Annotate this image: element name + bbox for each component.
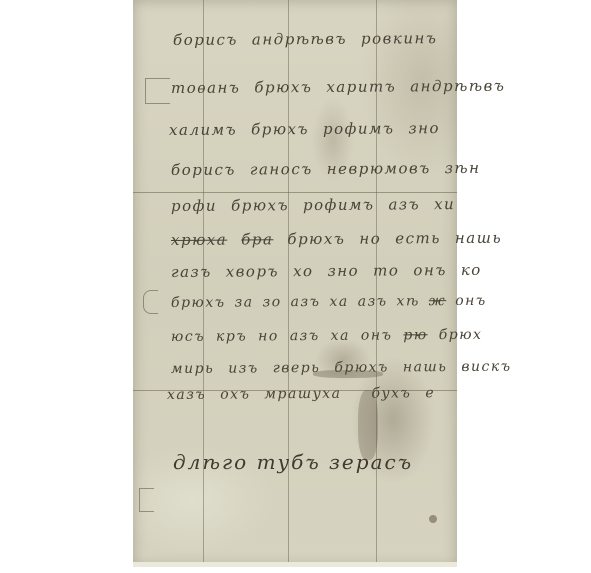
word: тоѳанъ (171, 79, 240, 97)
word: ровкинъ (361, 29, 437, 48)
word: брюх (439, 327, 483, 343)
word: онъ (361, 327, 393, 343)
word: бухъ (371, 385, 411, 401)
word: кръ (216, 328, 247, 344)
word: есть (395, 229, 441, 247)
word: брюхъ (231, 196, 289, 214)
word: зно (327, 262, 359, 280)
manuscript-line-8: брюхъзазоазъхаазъхѣжонъ (133, 293, 495, 312)
manuscript-line-5: рофибрюхърофимъазъхи (133, 195, 495, 216)
word: неврюмовъ (327, 159, 431, 178)
word: е (425, 385, 435, 401)
word: гверь (273, 360, 321, 376)
word: ганосъ (250, 160, 313, 178)
word: азъ (388, 195, 420, 213)
word: мрашуха (264, 386, 341, 403)
struck-word: хрюха (171, 231, 227, 249)
word: хворъ (226, 262, 279, 280)
word: андрѣѣвъ (410, 77, 505, 96)
manuscript-line-2: тоѳанъбрюхъхаритъандрѣѣвъ (133, 77, 495, 98)
word: охъ (220, 386, 250, 402)
word: рофи (171, 197, 217, 215)
word: азъ (290, 328, 320, 344)
fold-line-horizontal-1 (133, 192, 457, 193)
word: брюхъ (287, 230, 345, 248)
word: онъ (413, 261, 447, 279)
struck-word: бра (241, 230, 273, 248)
word: андрѣѣвъ (252, 30, 347, 49)
word: азъ (291, 294, 321, 310)
word: зѣн (445, 159, 481, 177)
struck-word: рю (403, 327, 427, 343)
word: зно (408, 119, 440, 137)
word: но (359, 230, 381, 248)
manuscript-line-10: мирьизъгверьбрюхънашьвискъ (133, 359, 495, 378)
word: нашь (455, 229, 502, 247)
word: хи (434, 195, 455, 213)
manuscript-line-6: хрюхабрабрюхъноестьнашь (133, 229, 495, 250)
word: борисъ (171, 161, 236, 179)
word: вискъ (461, 359, 511, 375)
manuscript-line-1: борисъандрѣѣвъровкинъ (133, 29, 497, 50)
word: брюхъ (334, 359, 389, 375)
word: азъ (358, 293, 388, 309)
manuscript-page: борисъандрѣѣвъровкинъ тоѳанъбрюхъхаритъа… (133, 0, 457, 567)
struck-word: ж (429, 293, 447, 309)
word: за (235, 294, 254, 310)
manuscript-line-11: хазъохъмрашухабухъе (133, 385, 491, 403)
word: ко (461, 261, 482, 279)
word: рофимъ (303, 196, 375, 214)
word: хазъ (167, 387, 206, 403)
manuscript-line-3: халимъбрюхърофимъзно (133, 119, 493, 140)
word: брюхъ (251, 120, 309, 138)
word: мирь (171, 361, 214, 377)
word: борисъ (173, 31, 238, 49)
word: брюхъ (171, 295, 226, 311)
word: газъ (171, 263, 212, 281)
word: хѣ (396, 293, 419, 309)
word: хо (293, 262, 314, 280)
word: брюхъ (254, 78, 312, 96)
word: харитъ (326, 77, 396, 95)
word: ха (329, 294, 348, 310)
word: но (258, 328, 279, 344)
manuscript-line-9: юсъкръноазъхаонърюбрюх (133, 327, 495, 346)
word: нашь (403, 359, 448, 375)
word: ха (331, 328, 350, 344)
manuscript-line-7: газъхворъхознотоонъко (133, 261, 495, 282)
word: халимъ (169, 121, 237, 139)
ink-spot (429, 515, 437, 523)
manuscript-line-4: борисъганосъневрюмовъзѣн (133, 159, 495, 180)
word: то (373, 261, 399, 279)
word: зо (262, 294, 281, 310)
word: юсъ (171, 329, 205, 345)
margin-bracket-mark (139, 488, 154, 512)
signature: длѣго тубъ зерасъ (173, 450, 413, 474)
word: изъ (228, 360, 259, 376)
word: онъ (455, 293, 487, 309)
paper-bottom-edge (133, 562, 457, 567)
word: рофимъ (323, 119, 395, 137)
